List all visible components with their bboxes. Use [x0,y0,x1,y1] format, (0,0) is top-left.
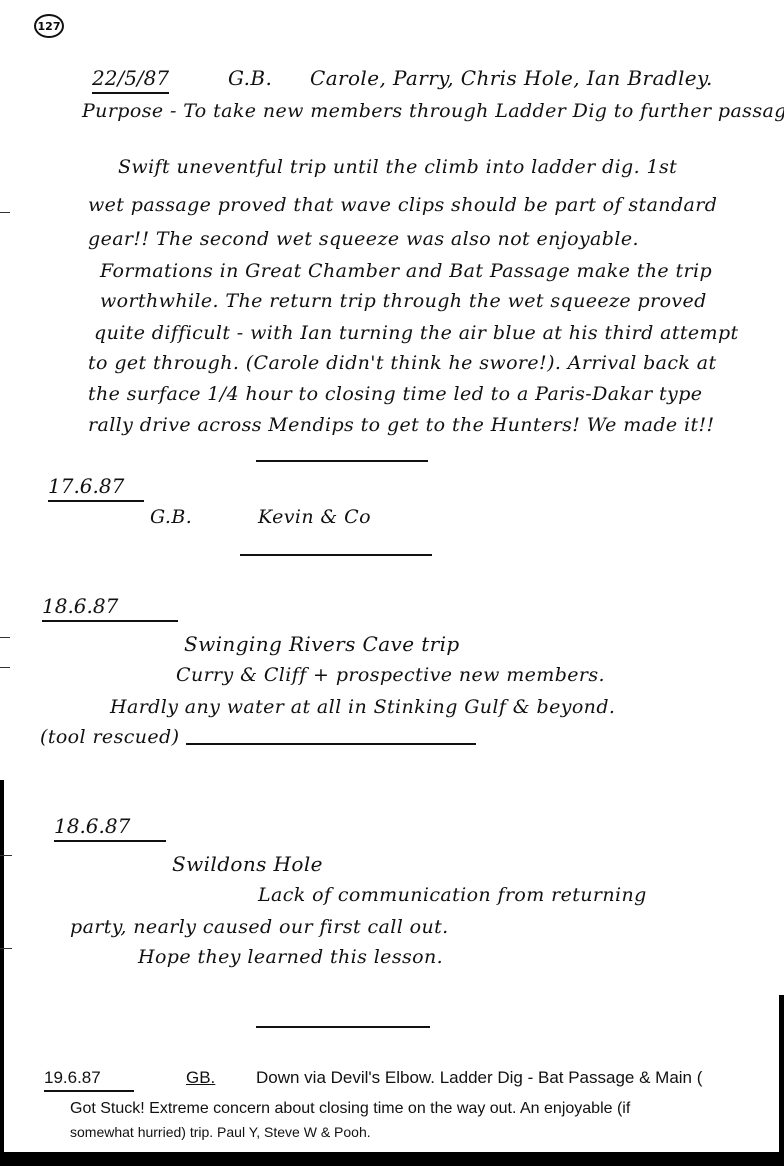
entry-line: worthwhile. The return trip through the … [100,290,707,312]
entry-location: G.B. [228,66,272,90]
entry-line: Lack of communication from returning [258,884,647,906]
scan-edge-left [0,780,4,1166]
entry-date: 18.6.87 [54,814,166,842]
entry-line: Swift uneventful trip until the climb in… [118,156,677,178]
entry-party: Kevin & Co [258,506,371,528]
entry-purpose: Purpose - To take new members through La… [82,100,784,122]
entry-line: Got Stuck! Extreme concern about closing… [70,1100,630,1118]
entry-line: gear!! The second wet squeeze was also n… [88,228,639,250]
entry-location: G.B. [150,506,192,528]
entry-party: Carole, Parry, Chris Hole, Ian Bradley. [310,66,713,90]
margin-mark [0,855,12,856]
margin-mark [0,212,10,213]
entry-line: to get through. (Carole didn't think he … [88,352,717,374]
entry-line: rally drive across Mendips to get to the… [88,414,715,436]
entry-line: Hope they learned this lesson. [138,946,443,968]
margin-mark [0,667,10,668]
entry-separator [240,554,432,556]
entry-line: somewhat hurried) trip. Paul Y, Steve W … [70,1124,371,1140]
entry-date: 19.6.87 [44,1068,134,1092]
entry-separator [256,460,428,462]
page-number: 127 [34,14,64,38]
entry-date: 22/5/87 [92,66,169,94]
entry-location: GB. [186,1068,215,1088]
entry-line: Formations in Great Chamber and Bat Pass… [100,260,712,282]
entry-line: wet passage proved that wave clips shoul… [88,194,717,216]
entry-line: quite difficult - with Ian turning the a… [94,322,739,344]
entry-line: party, nearly caused our first call out. [70,916,449,938]
margin-mark [0,948,12,949]
entry-line: Curry & Cliff + prospective new members. [176,664,605,686]
entry-separator [186,743,476,745]
entry-separator [256,1026,430,1028]
entry-line: Down via Devil's Elbow. Ladder Dig - Bat… [256,1068,702,1088]
entry-date: 17.6.87 [48,474,144,502]
entry-location: Swildons Hole [172,852,323,876]
scan-edge-bottom [0,1152,784,1166]
entry-line: (tool rescued) [40,726,179,748]
entry-line: Hardly any water at all in Stinking Gulf… [110,696,615,718]
entry-location: Swinging Rivers Cave trip [184,632,460,656]
entry-line: the surface 1/4 hour to closing time led… [88,383,702,405]
logbook-page: 127 22/5/87 G.B. Carole, Parry, Chris Ho… [0,0,784,1166]
entry-date: 18.6.87 [42,594,178,622]
margin-mark [0,637,10,638]
scan-edge-right [779,995,784,1166]
